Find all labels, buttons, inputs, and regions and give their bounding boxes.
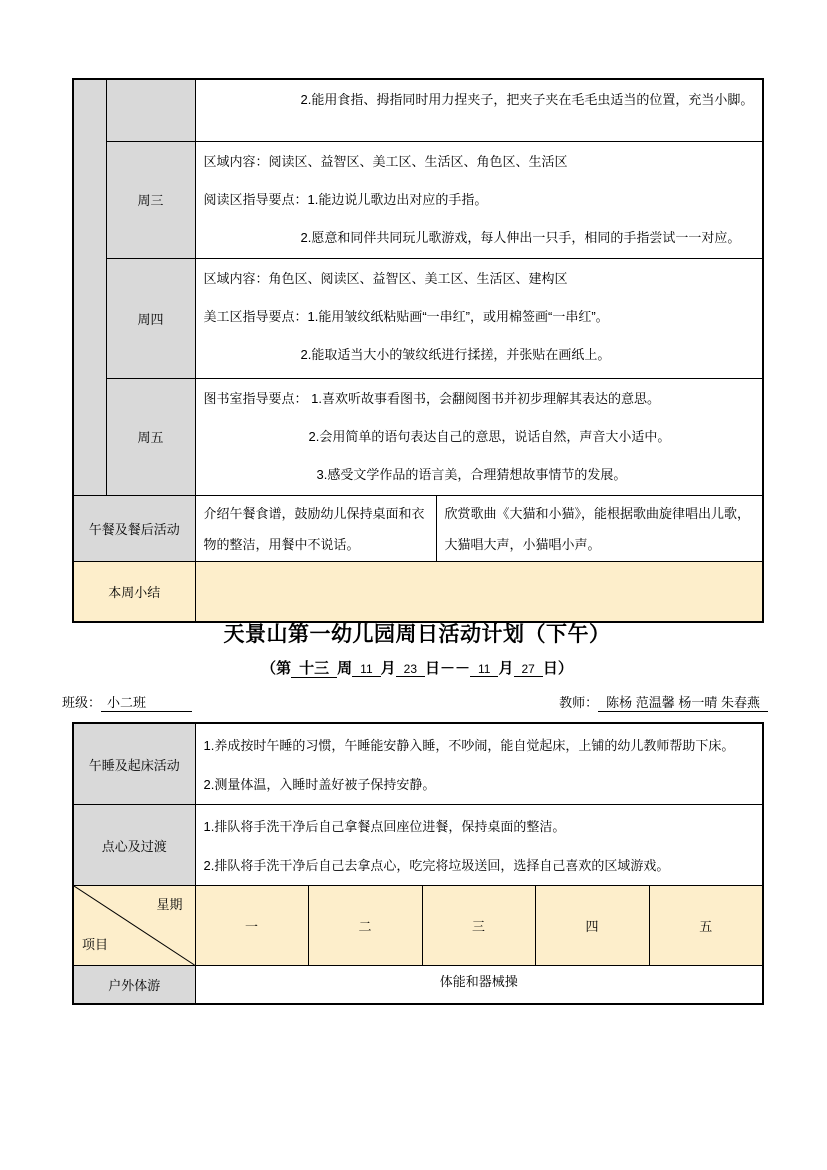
side-spacer-cell xyxy=(73,79,106,495)
day-label-cell: 周五 xyxy=(106,378,195,495)
table-row-summary: 本周小结 xyxy=(73,561,763,622)
text-line: 3.感受文学作品的语言美，合理猜想故事情节的发展。 xyxy=(197,456,762,494)
teacher-label: 教师： xyxy=(559,695,598,710)
weekday-header-cell: 三 xyxy=(422,886,535,966)
day-label-cell: 周三 xyxy=(106,141,195,258)
summary-label-cell: 本周小结 xyxy=(73,561,195,622)
nap-label-cell: 午睡及起床活动 xyxy=(73,723,195,805)
afternoon-activities-table: 午睡及起床活动 1.养成按时午睡的习惯，午睡能安静入睡，不吵闹，能自觉起床，上铺… xyxy=(72,722,764,1005)
text-line: 2.愿意和同伴共同玩儿歌游戏，每人伸出一只手，相同的手指尝试一一对应。 xyxy=(197,219,762,257)
week-subtitle: （第十三周11月23日－－11月27日） xyxy=(72,657,762,678)
content-cell: 1.养成按时午睡的习惯，午睡能安静入睡，不吵闹，能自觉起床，上铺的幼儿教师帮助下… xyxy=(195,723,763,805)
lunch-label-cell: 午餐及餐后活动 xyxy=(73,495,195,561)
content-cell: 图书室指导要点： 1.喜欢听故事看图书，会翻阅图书并初步理解其表达的意思。 2.… xyxy=(195,378,763,495)
weekday-header-cell: 四 xyxy=(535,886,649,966)
table-row-snack: 点心及过渡 1.排队将手洗干净后自己拿餐点回座位进餐，保持桌面的整洁。 2.排队… xyxy=(73,805,763,886)
table-row-friday: 周五 图书室指导要点： 1.喜欢听故事看图书，会翻阅图书并初步理解其表达的意思。… xyxy=(73,378,763,495)
weekday-header-cell: 一 xyxy=(195,886,308,966)
summary-content-cell xyxy=(195,561,763,622)
class-teacher-line: 班级：小二班 教师：陈杨 范温馨 杨一晴 朱春燕 xyxy=(62,692,768,711)
day-label-cell xyxy=(106,79,195,141)
diagonal-header-cell: 星期 项目 xyxy=(73,886,195,966)
end-day-field: 27 xyxy=(514,662,543,677)
text-line: 区域内容：阅读区、益智区、美工区、生活区、角色区、生活区 xyxy=(197,143,762,181)
week-number-field: 十三 xyxy=(291,660,337,678)
subtitle-text: 周 xyxy=(337,660,352,677)
subtitle-text: 日） xyxy=(543,660,573,677)
table-row-weekday-header: 星期 项目 一 二 三 四 五 xyxy=(73,886,763,966)
start-day-field: 23 xyxy=(396,662,425,677)
class-value: 小二班 xyxy=(101,695,192,712)
class-label: 班级： xyxy=(62,695,101,710)
text-line: 区域内容：角色区、阅读区、益智区、美工区、生活区、建构区 xyxy=(197,260,762,298)
content-cell: 区域内容：角色区、阅读区、益智区、美工区、生活区、建构区 美工区指导要点：1.能… xyxy=(195,258,763,378)
text-line: 图书室指导要点： 1.喜欢听故事看图书，会翻阅图书并初步理解其表达的意思。 xyxy=(197,380,762,418)
text-line: 2.能用食指、拇指同时用力捏夹子，把夹子夹在毛毛虫适当的位置，充当小脚。 xyxy=(197,81,762,119)
text-line: 2.能取适当大小的皱纹纸进行揉搓，并张贴在画纸上。 xyxy=(197,336,762,374)
snack-label-cell: 点心及过渡 xyxy=(73,805,195,886)
subtitle-text: 日－－ xyxy=(425,660,470,677)
text-line: 1.养成按时午睡的习惯，午睡能安静入睡，不吵闹，能自觉起床，上铺的幼儿教师帮助下… xyxy=(197,725,762,764)
day-label-cell: 周四 xyxy=(106,258,195,378)
text-line: 美工区指导要点：1.能用皱纹纸粘贴画“一串红”，或用棉签画“一串红”。 xyxy=(197,298,762,336)
outdoor-label-cell: 户外体游 xyxy=(73,966,195,1004)
subtitle-text: 月 xyxy=(498,660,513,677)
table-row-continuation: 2.能用食指、拇指同时用力捏夹子，把夹子夹在毛毛虫适当的位置，充当小脚。 xyxy=(73,79,763,141)
outdoor-content-cell: 体能和器械操 xyxy=(195,966,763,1004)
corner-label-week: 星期 xyxy=(156,894,182,913)
table-row-thursday: 周四 区域内容：角色区、阅读区、益智区、美工区、生活区、建构区 美工区指导要点：… xyxy=(73,258,763,378)
text-line: 1.排队将手洗干净后自己拿餐点回座位进餐，保持桌面的整洁。 xyxy=(197,806,762,845)
start-month-field: 11 xyxy=(352,662,380,677)
table-row-outdoor: 户外体游 体能和器械操 xyxy=(73,966,763,1004)
end-month-field: 11 xyxy=(470,662,498,677)
weekday-header-cell: 二 xyxy=(308,886,422,966)
text-line: 欣赏歌曲《大猫和小猫》，能根据歌曲旋律唱出儿歌，大猫唱大声，小猫唱小声。 xyxy=(438,497,762,560)
text-line: 2.测量体温，入睡时盖好被子保持安静。 xyxy=(197,764,762,803)
text-line: 2.排队将手洗干净后自己去拿点心，吃完将垃圾送回，选择自己喜欢的区域游戏。 xyxy=(197,845,762,884)
corner-label-item: 项目 xyxy=(82,934,108,953)
content-cell: 1.排队将手洗干净后自己拿餐点回座位进餐，保持桌面的整洁。 2.排队将手洗干净后… xyxy=(195,805,763,886)
class-field: 班级：小二班 xyxy=(62,692,192,711)
teacher-value: 陈杨 范温馨 杨一晴 朱春燕 xyxy=(598,695,768,712)
morning-activities-table: 2.能用食指、拇指同时用力捏夹子，把夹子夹在毛毛虫适当的位置，充当小脚。 周三 … xyxy=(72,78,764,623)
lunch-right-cell: 欣赏歌曲《大猫和小猫》，能根据歌曲旋律唱出儿歌，大猫唱大声，小猫唱小声。 xyxy=(436,495,763,561)
lunch-left-cell: 介绍午餐食谱，鼓励幼儿保持桌面和衣物的整洁，用餐中不说话。 xyxy=(195,495,436,561)
table-row-wednesday: 周三 区域内容：阅读区、益智区、美工区、生活区、角色区、生活区 阅读区指导要点：… xyxy=(73,141,763,258)
table-row-nap: 午睡及起床活动 1.养成按时午睡的习惯，午睡能安静入睡，不吵闹，能自觉起床，上铺… xyxy=(73,723,763,805)
content-cell: 区域内容：阅读区、益智区、美工区、生活区、角色区、生活区 阅读区指导要点：1.能… xyxy=(195,141,763,258)
text-line: 阅读区指导要点：1.能边说儿歌边出对应的手指。 xyxy=(197,181,762,219)
subtitle-text: 月 xyxy=(381,660,396,677)
document-page: 2.能用食指、拇指同时用力捏夹子，把夹子夹在毛毛虫适当的位置，充当小脚。 周三 … xyxy=(0,0,827,1170)
subtitle-text: （第 xyxy=(261,660,291,677)
text-line: 2.会用简单的语句表达自己的意思，说话自然，声音大小适中。 xyxy=(197,418,762,456)
content-cell: 2.能用食指、拇指同时用力捏夹子，把夹子夹在毛毛虫适当的位置，充当小脚。 xyxy=(195,79,763,141)
teacher-field: 教师：陈杨 范温馨 杨一晴 朱春燕 xyxy=(559,692,768,711)
table-row-lunch: 午餐及餐后活动 介绍午餐食谱，鼓励幼儿保持桌面和衣物的整洁，用餐中不说话。 欣赏… xyxy=(73,495,763,561)
page-title: 天景山第一幼儿园周日活动计划（下午） xyxy=(72,618,762,648)
weekday-header-cell: 五 xyxy=(649,886,763,966)
text-line: 介绍午餐食谱，鼓励幼儿保持桌面和衣物的整洁，用餐中不说话。 xyxy=(197,497,435,560)
